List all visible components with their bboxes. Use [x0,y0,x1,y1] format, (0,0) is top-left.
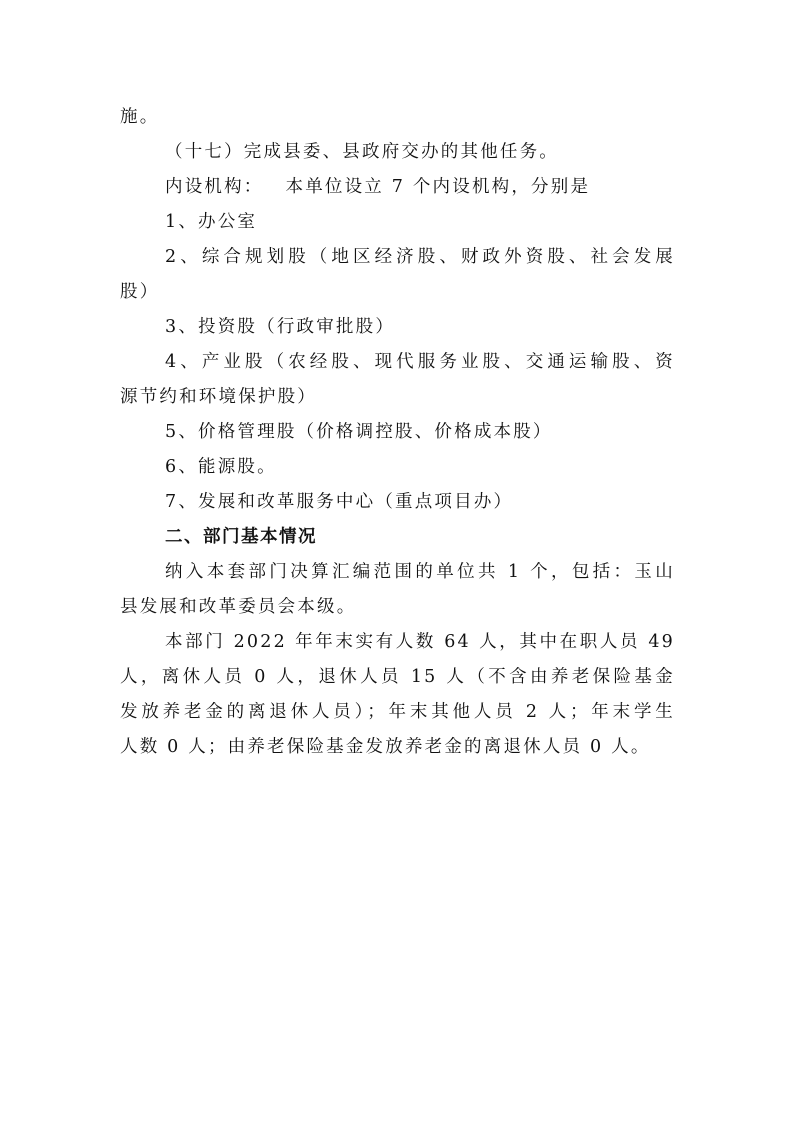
duty-item-17: （十七）完成县委、县政府交办的其他任务。 [120,135,675,170]
staff-paragraph-line-4: 人数 0 人；由养老保险基金发放养老金的离退休人员 0 人。 [120,730,675,765]
staff-paragraph-line-3: 发放养老金的离退休人员）；年末其他人员 2 人；年末学生 [120,695,675,730]
internal-structure-intro: 内设机构：本单位设立 7 个内设机构，分别是 [120,170,675,205]
staff-paragraph-line-2: 人，离休人员 0 人，退休人员 15 人（不含由养老保险基金 [120,660,675,695]
division-item-4: 4、产业股（农经股、现代服务业股、交通运输股、资 [120,345,675,380]
scope-paragraph-line-1: 纳入本套部门决算汇编范围的单位共 1 个，包括：玉山 [120,555,675,590]
division-item-7: 7、发展和改革服务中心（重点项目办） [120,485,675,520]
internal-structure-text: 本单位设立 7 个内设机构，分别是 [286,177,591,197]
paragraph-continuation: 施。 [120,100,675,135]
division-item-5: 5、价格管理股（价格调控股、价格成本股） [120,415,675,450]
internal-structure-label: 内设机构： [165,177,264,197]
division-item-6: 6、能源股。 [120,450,675,485]
division-item-2: 2、综合规划股（地区经济股、财政外资股、社会发展 [120,240,675,275]
section-heading: 二、部门基本情况 [120,520,675,555]
division-item-4-cont: 源节约和环境保护股） [120,380,675,415]
division-item-1: 1、办公室 [120,205,675,240]
staff-paragraph-line-1: 本部门 2022 年年末实有人数 64 人，其中在职人员 49 [120,625,675,660]
document-page: 施。 （十七）完成县委、县政府交办的其他任务。 内设机构：本单位设立 7 个内设… [120,100,675,765]
division-item-3: 3、投资股（行政审批股） [120,310,675,345]
scope-paragraph-line-2: 县发展和改革委员会本级。 [120,590,675,625]
division-item-2-cont: 股） [120,275,675,310]
